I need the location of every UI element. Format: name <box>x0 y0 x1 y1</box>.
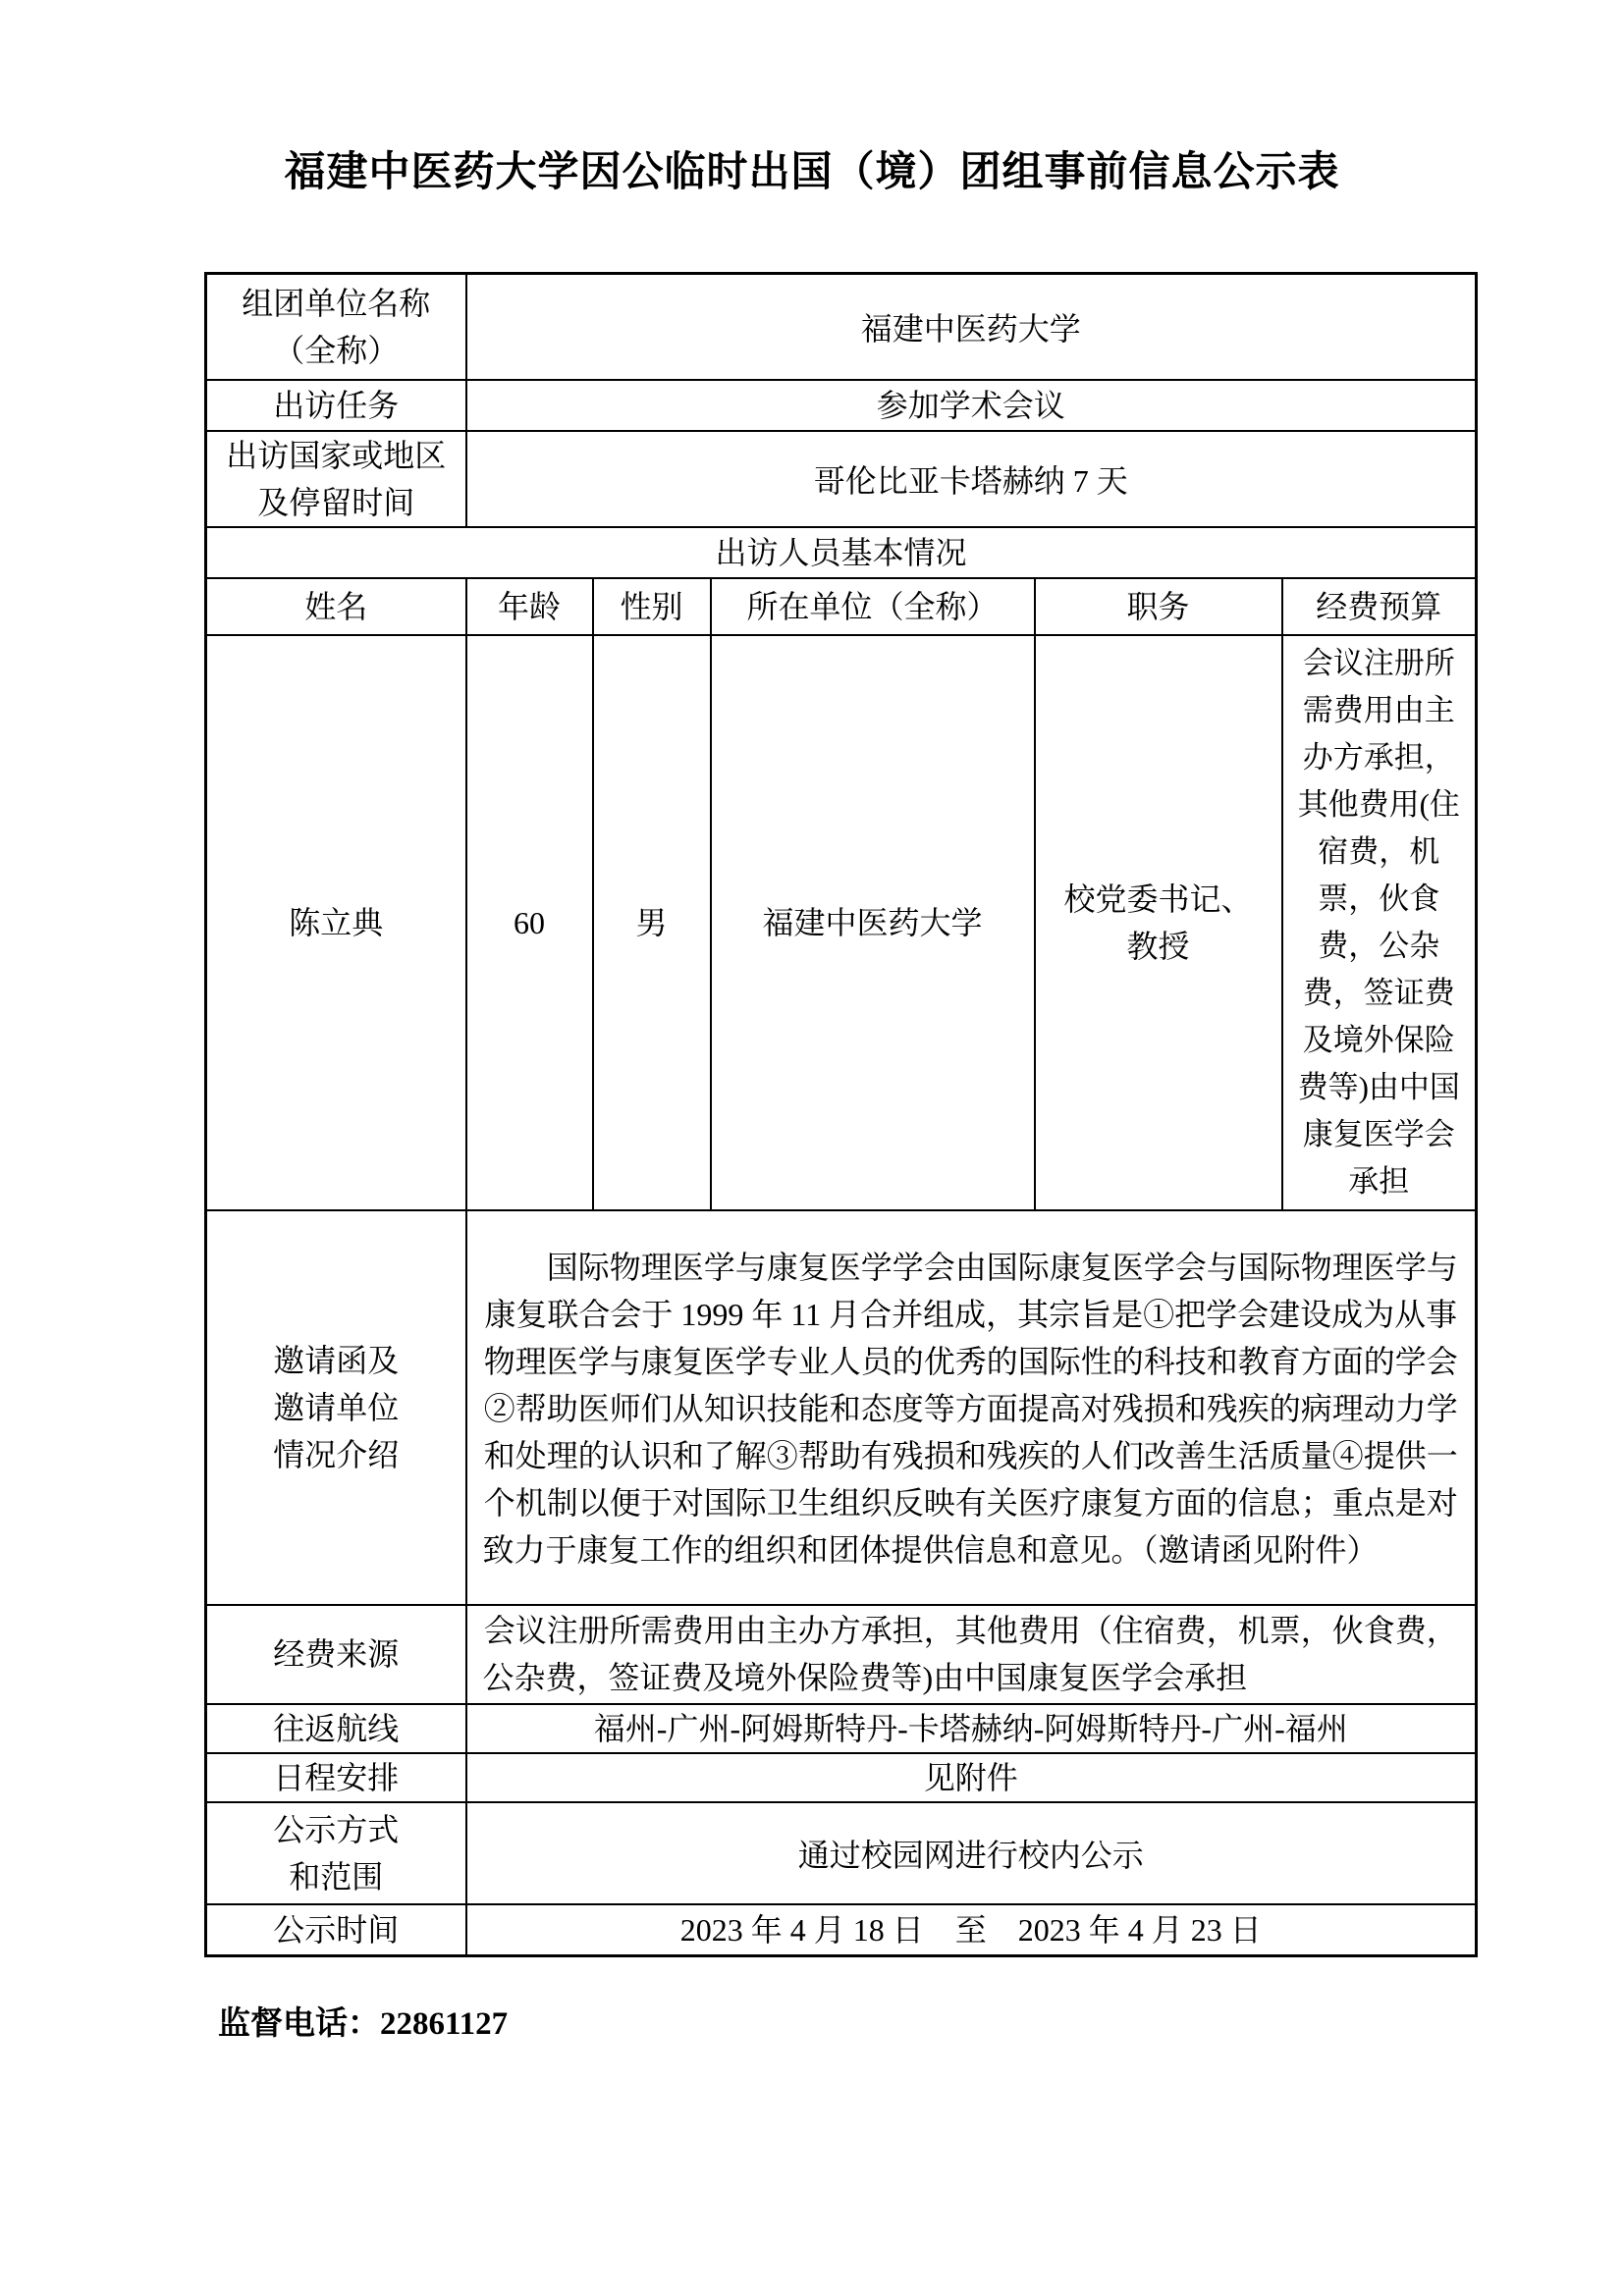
mission-label: 出访任务 <box>206 380 466 431</box>
row-funding: 经费来源 会议注册所需费用由主办方承担，其他费用（住宿费，机票，伙食费，公杂费，… <box>206 1605 1477 1704</box>
col-header-position: 职务 <box>1035 578 1282 635</box>
row-invitation: 邀请函及 邀请单位 情况介绍 国际物理医学与康复医学学会由国际康复医学会与国际物… <box>206 1210 1477 1605</box>
col-header-budget: 经费预算 <box>1282 578 1477 635</box>
personnel-section-title: 出访人员基本情况 <box>206 527 1477 578</box>
supervision-phone: 监督电话：22861127 <box>218 1998 508 2044</box>
row-personnel-columns: 姓名 年龄 性别 所在单位（全称） 职务 经费预算 <box>206 578 1477 635</box>
route-label: 往返航线 <box>206 1704 466 1753</box>
document-page: 福建中医药大学因公临时出国（境）团组事前信息公示表 组团单位名称 （全称） 福建… <box>0 0 1624 2296</box>
destination-value: 哥伦比亚卡塔赫纳 7 天 <box>466 431 1477 527</box>
funding-value: 会议注册所需费用由主办方承担，其他费用（住宿费，机票，伙食费，公杂费，签证费及境… <box>466 1605 1477 1704</box>
invitation-label: 邀请函及 邀请单位 情况介绍 <box>206 1210 466 1605</box>
person-name: 陈立典 <box>206 635 466 1210</box>
person-unit: 福建中医药大学 <box>711 635 1035 1210</box>
row-personnel-section: 出访人员基本情况 <box>206 527 1477 578</box>
schedule-value: 见附件 <box>466 1753 1477 1802</box>
publicity-time-label: 公示时间 <box>206 1904 466 1956</box>
row-publicity-time: 公示时间 2023 年 4 月 18 日 至 2023 年 4 月 23 日 <box>206 1904 1477 1956</box>
row-route: 往返航线 福州-广州-阿姆斯特丹-卡塔赫纳-阿姆斯特丹-广州-福州 <box>206 1704 1477 1753</box>
col-header-unit: 所在单位（全称） <box>711 578 1035 635</box>
row-group-unit: 组团单位名称 （全称） 福建中医药大学 <box>206 274 1477 380</box>
destination-label: 出访国家或地区 及停留时间 <box>206 431 466 527</box>
funding-label: 经费来源 <box>206 1605 466 1704</box>
row-person: 陈立典 60 男 福建中医药大学 校党委书记、 教授 会议注册所需费用由主办方承… <box>206 635 1477 1210</box>
person-position: 校党委书记、 教授 <box>1035 635 1282 1210</box>
group-unit-label: 组团单位名称 （全称） <box>206 274 466 380</box>
publicity-time-value: 2023 年 4 月 18 日 至 2023 年 4 月 23 日 <box>466 1904 1477 1956</box>
person-age: 60 <box>466 635 593 1210</box>
col-header-name: 姓名 <box>206 578 466 635</box>
invitation-value: 国际物理医学与康复医学学会由国际康复医学会与国际物理医学与康复联合会于 1999… <box>466 1210 1477 1605</box>
person-gender: 男 <box>593 635 711 1210</box>
col-header-gender: 性别 <box>593 578 711 635</box>
publicity-method-value: 通过校园网进行校内公示 <box>466 1802 1477 1904</box>
col-header-age: 年龄 <box>466 578 593 635</box>
schedule-label: 日程安排 <box>206 1753 466 1802</box>
publicity-method-label: 公示方式 和范围 <box>206 1802 466 1904</box>
disclosure-table: 组团单位名称 （全称） 福建中医药大学 出访任务 参加学术会议 出访国家或地区 … <box>204 272 1478 1957</box>
row-publicity-method: 公示方式 和范围 通过校园网进行校内公示 <box>206 1802 1477 1904</box>
person-budget: 会议注册所需费用由主办方承担，其他费用(住宿费，机票，伙食费，公杂费，签证费及境… <box>1282 635 1477 1210</box>
row-schedule: 日程安排 见附件 <box>206 1753 1477 1802</box>
mission-value: 参加学术会议 <box>466 380 1477 431</box>
route-value: 福州-广州-阿姆斯特丹-卡塔赫纳-阿姆斯特丹-广州-福州 <box>466 1704 1477 1753</box>
group-unit-value: 福建中医药大学 <box>466 274 1477 380</box>
row-mission: 出访任务 参加学术会议 <box>206 380 1477 431</box>
row-destination: 出访国家或地区 及停留时间 哥伦比亚卡塔赫纳 7 天 <box>206 431 1477 527</box>
page-title: 福建中医药大学因公临时出国（境）团组事前信息公示表 <box>0 139 1624 198</box>
